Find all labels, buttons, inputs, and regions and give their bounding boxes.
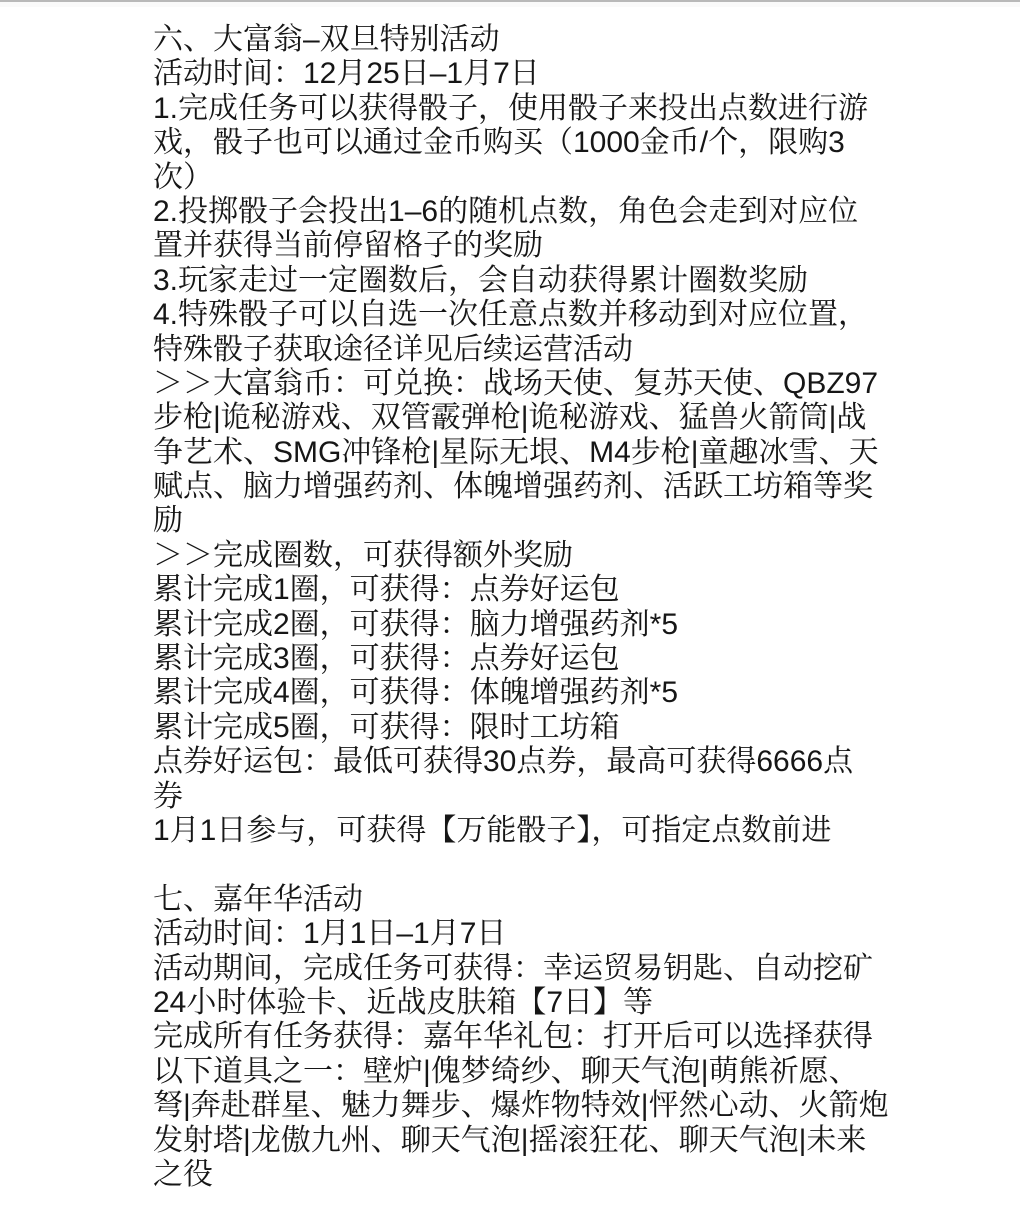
lap-reward-line: 累计完成5圈，可获得：限时工坊箱 <box>153 711 898 745</box>
text-line: 次） <box>153 161 898 195</box>
exchange-list-line: 赋点、脑力增强药剂、体魄增强药剂、活跃工坊箱等奖 <box>153 470 898 504</box>
text-line: 特殊骰子获取途径详见后续运营活动 <box>153 333 898 367</box>
text-line: 活动期间，完成任务可获得：幸运贸易钥匙、自动挖矿 <box>153 952 898 986</box>
text-line: 置并获得当前停留格子的奖励 <box>153 229 898 263</box>
event-time-line: 活动时间：1月1日–1月7日 <box>153 917 898 951</box>
exchange-list-line: ＞＞大富翁币：可兑换：战场天使、复苏天使、QBZ97 <box>153 367 898 401</box>
text-line: 1.完成任务可以获得骰子，使用骰子来投出点数进行游 <box>153 92 898 126</box>
text-line: 24小时体验卡、近战皮肤箱【7日】等 <box>153 986 898 1020</box>
section-carnival-title: 七、嘉年华活动 <box>153 883 898 917</box>
lap-reward-line: 累计完成4圈，可获得：体魄增强药剂*5 <box>153 676 898 710</box>
text-line: 完成所有任务获得：嘉年华礼包：打开后可以选择获得 <box>153 1020 898 1054</box>
top-edge-tint <box>0 2 1020 7</box>
text-line: 券 <box>153 780 898 814</box>
lap-rewards-header: ＞＞完成圈数，可获得额外奖励 <box>153 539 898 573</box>
blank-line <box>153 848 898 882</box>
exchange-list-line: 争艺术、SMG冲锋枪|星际无垠、M4步枪|童趣冰雪、天 <box>153 436 898 470</box>
lap-reward-line: 累计完成1圈，可获得：点券好运包 <box>153 573 898 607</box>
gift-list-line: 以下道具之一：壁炉|傀梦绮纱、聊天气泡|萌熊祈愿、 <box>153 1055 898 1089</box>
document-body: 六、大富翁–双旦特别活动 活动时间：12月25日–1月7日 1.完成任务可以获得… <box>153 23 898 1192</box>
gift-list-line: 发射塔|龙傲九州、聊天气泡|摇滚狂花、聊天气泡|未来 <box>153 1124 898 1158</box>
exchange-list-line: 步枪|诡秘游戏、双管霰弹枪|诡秘游戏、猛兽火箭筒|战 <box>153 401 898 435</box>
text-line: 点券好运包：最低可获得30点券，最高可获得6666点 <box>153 745 898 779</box>
document-page: 六、大富翁–双旦特别活动 活动时间：12月25日–1月7日 1.完成任务可以获得… <box>0 0 1020 1209</box>
gift-list-line: 弩|奔赴群星、魅力舞步、爆炸物特效|怦然心动、火箭炮 <box>153 1089 898 1123</box>
text-line: 戏，骰子也可以通过金币购买（1000金币/个，限购3 <box>153 126 898 160</box>
event-time-line: 活动时间：12月25日–1月7日 <box>153 57 898 91</box>
gift-list-line: 之役 <box>153 1158 898 1192</box>
exchange-list-line: 励 <box>153 504 898 538</box>
text-line: 3.玩家走过一定圈数后，会自动获得累计圈数奖励 <box>153 264 898 298</box>
text-line: 1月1日参与，可获得【万能骰子】，可指定点数前进 <box>153 814 898 848</box>
text-line: 2.投掷骰子会投出1–6的随机点数，角色会走到对应位 <box>153 195 898 229</box>
section-monopoly-title: 六、大富翁–双旦特别活动 <box>153 23 898 57</box>
lap-reward-line: 累计完成2圈，可获得：脑力增强药剂*5 <box>153 608 898 642</box>
text-line: 4.特殊骰子可以自选一次任意点数并移动到对应位置， <box>153 298 898 332</box>
lap-reward-line: 累计完成3圈，可获得：点券好运包 <box>153 642 898 676</box>
